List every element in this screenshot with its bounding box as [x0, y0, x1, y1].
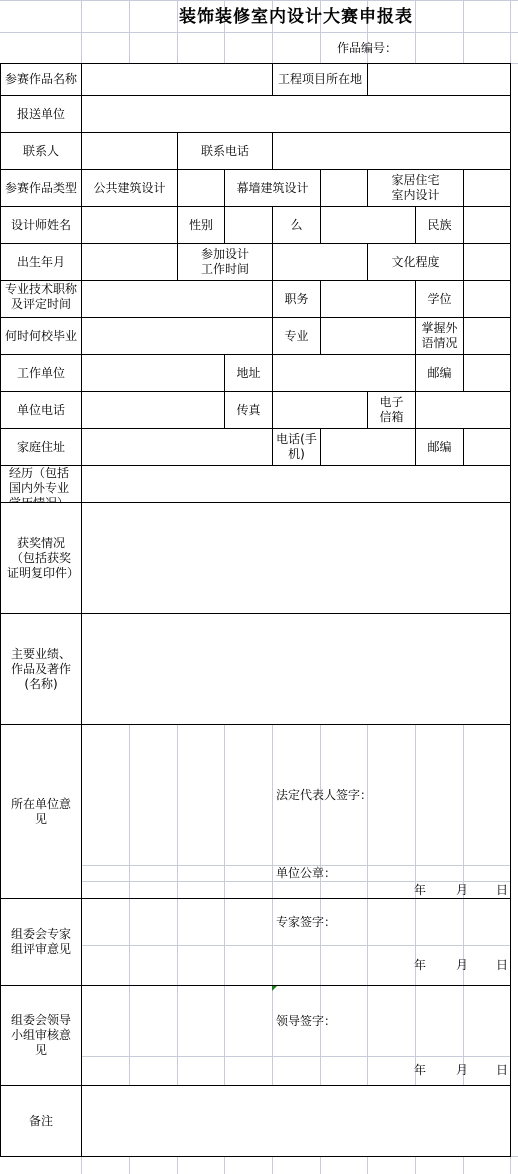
- address-label: 地址: [224, 354, 273, 392]
- postcode2-input[interactable]: [463, 428, 511, 466]
- type-public-checkbox[interactable]: [177, 169, 225, 207]
- contact-phone-input[interactable]: [272, 132, 511, 170]
- project-location-label: 工程项目所在地: [272, 63, 368, 96]
- education-input[interactable]: [463, 243, 511, 281]
- leader-opinion-label: 组委会领导小组审核意见: [0, 985, 82, 1086]
- entry-name-input[interactable]: [81, 63, 273, 96]
- major-label: 专业: [272, 317, 321, 355]
- unit-date-day: 日: [487, 882, 517, 898]
- submitting-unit-label: 报送单位: [0, 95, 82, 133]
- unit-opinion-label: 所在单位意见: [0, 724, 82, 899]
- contact-person-input[interactable]: [81, 132, 178, 170]
- type-curtain-checkbox[interactable]: [320, 169, 368, 207]
- gender-label: 性别: [177, 206, 225, 244]
- unit-seal-label: 单位公章：: [273, 866, 393, 881]
- email-label: 电子信箱: [367, 391, 416, 429]
- address-input[interactable]: [272, 354, 416, 392]
- unit-phone-label: 单位电话: [0, 391, 82, 429]
- postcode2-label: 邮编: [415, 428, 464, 466]
- experience-label: 经历（包括国内外专业学历情况）: [0, 465, 82, 503]
- contact-phone-label: 联系电话: [177, 132, 273, 170]
- achievements-label: 主要业绩、作品及著作(名称): [0, 613, 82, 725]
- postcode-label: 邮编: [415, 354, 464, 392]
- unknown-input[interactable]: [320, 206, 416, 244]
- birth-date-input[interactable]: [81, 243, 178, 281]
- type-home-checkbox[interactable]: [463, 169, 511, 207]
- email-input[interactable]: [415, 391, 511, 429]
- unit-phone-input[interactable]: [81, 391, 225, 429]
- awards-input[interactable]: [81, 502, 511, 614]
- fax-label: 传真: [224, 391, 273, 429]
- project-location-input[interactable]: [367, 63, 511, 96]
- work-unit-label: 工作单位: [0, 354, 82, 392]
- submitting-unit-input[interactable]: [81, 95, 511, 133]
- education-label: 文化程度: [367, 243, 464, 281]
- expert-sign-label: 专家签字：: [273, 913, 433, 931]
- design-start-label: 参加设计工作时间: [177, 243, 273, 281]
- designer-name-label: 设计师姓名: [0, 206, 82, 244]
- expert-date-year: 年: [405, 957, 435, 973]
- leader-date-month: 月: [447, 1062, 477, 1078]
- achievements-input[interactable]: [81, 613, 511, 725]
- degree-input[interactable]: [463, 280, 511, 318]
- contact-person-label: 联系人: [0, 132, 82, 170]
- remarks-label: 备注: [0, 1085, 82, 1157]
- comment-marker-icon: [272, 986, 277, 991]
- fax-input[interactable]: [272, 391, 368, 429]
- expert-date-month: 月: [447, 957, 477, 973]
- type-home-label: 家居住宅室内设计: [367, 169, 464, 207]
- expert-date-day: 日: [487, 957, 517, 973]
- experience-input[interactable]: [81, 465, 511, 503]
- gender-input[interactable]: [224, 206, 273, 244]
- position-label: 职务: [272, 280, 321, 318]
- unit-date-year: 年: [405, 882, 435, 898]
- graduation-input[interactable]: [81, 317, 273, 355]
- professional-title-label: 专业技术职称及评定时间: [0, 280, 82, 318]
- work-number-label: 作品编号：: [272, 33, 397, 63]
- type-curtain-label: 幕墙建筑设计: [224, 169, 321, 207]
- work-unit-input[interactable]: [81, 354, 225, 392]
- unit-date-month: 月: [447, 882, 477, 898]
- entry-name-label: 参赛作品名称: [0, 63, 82, 96]
- position-input[interactable]: [320, 280, 416, 318]
- remarks-input[interactable]: [81, 1085, 511, 1157]
- unknown-label: 么: [272, 206, 321, 244]
- ethnicity-label: 民族: [415, 206, 464, 244]
- leader-sign-label: 领导签字：: [273, 1012, 433, 1030]
- ethnicity-input[interactable]: [463, 206, 511, 244]
- leader-date-year: 年: [405, 1062, 435, 1078]
- mobile-phone-input[interactable]: [320, 428, 416, 466]
- foreign-language-label: 掌握外语情况: [415, 317, 464, 355]
- leader-date-day: 日: [487, 1062, 517, 1078]
- graduation-label: 何时何校毕业: [0, 317, 82, 355]
- legal-rep-sign-label: 法定代表人签字：: [273, 785, 473, 805]
- major-input[interactable]: [320, 317, 416, 355]
- type-public-label: 公共建筑设计: [81, 169, 178, 207]
- mobile-phone-label: 电话(手机): [272, 428, 321, 466]
- entry-type-label: 参赛作品类型: [0, 169, 82, 207]
- birth-date-label: 出生年月: [0, 243, 82, 281]
- home-address-label: 家庭住址: [0, 428, 82, 466]
- foreign-language-input[interactable]: [463, 317, 511, 355]
- awards-label: 获奖情况（包括获奖证明复印件）: [0, 502, 82, 614]
- postcode-input[interactable]: [463, 354, 511, 392]
- form-title: 装饰装修室内设计大赛申报表: [82, 2, 510, 32]
- professional-title-input[interactable]: [81, 280, 273, 318]
- design-start-input[interactable]: [272, 243, 368, 281]
- degree-label: 学位: [415, 280, 464, 318]
- home-address-input[interactable]: [81, 428, 273, 466]
- designer-name-input[interactable]: [81, 206, 178, 244]
- expert-opinion-label: 组委会专家组评审意见: [0, 898, 82, 986]
